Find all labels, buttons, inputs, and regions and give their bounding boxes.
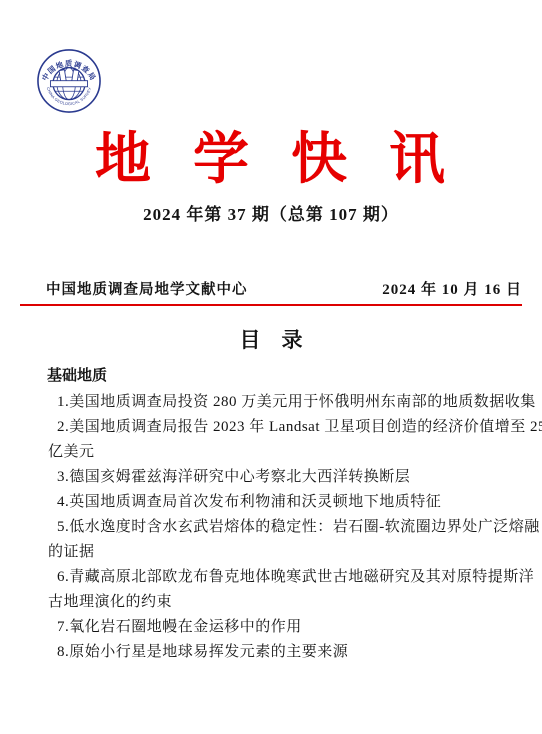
toc-section-basic-geology: 基础地质 [47, 364, 107, 385]
china-geological-survey-logo-icon: 中国地质调查局 CHINA GEOLOGICAL SURVEY [37, 49, 101, 113]
toc-item-6: 6.青藏高原北部欧龙布鲁克地体晚寒武世古地磁研究及其对原特提斯洋 古地理演化的约… [48, 565, 526, 615]
toc-item-2: 2.美国地质调查局报告 2023 年 Landsat 卫星项目创造的经济价值增至… [48, 415, 526, 465]
publisher-name: 中国地质调查局地学文献中心 [20, 278, 248, 299]
toc-list: 1.美国地质调查局投资 280 万美元用于怀俄明州东南部的地质数据收集 2.美国… [48, 390, 526, 665]
toc-item-1: 1.美国地质调查局投资 280 万美元用于怀俄明州东南部的地质数据收集 [48, 390, 526, 415]
issue-date: 2024 年 10 月 16 日 [382, 278, 522, 299]
toc-item-3: 3.德国亥姆霍兹海洋研究中心考察北大西洋转换断层 [48, 465, 526, 490]
bulletin-title: 地 学 快 讯 [0, 126, 542, 194]
toc-item-5: 5.低水逸度时含水玄武岩熔体的稳定性：岩石圈-软流圈边界处广泛熔融 的证据 [48, 515, 526, 565]
publisher-date-row: 中国地质调查局地学文献中心 2024 年 10 月 16 日 [20, 278, 522, 299]
red-divider-rule [20, 304, 522, 306]
bulletin-cover-page: 中国地质调查局 CHINA GEOLOGICAL SURVEY 地 学 快 讯 … [0, 0, 542, 734]
cgs-emblem-svg: 中国地质调查局 CHINA GEOLOGICAL SURVEY [37, 49, 101, 113]
toc-item-7: 7.氧化岩石圈地幔在金运移中的作用 [48, 615, 526, 640]
toc-item-8: 8.原始小行星是地球易挥发元素的主要来源 [48, 640, 526, 665]
toc-item-4: 4.英国地质调查局首次发布利物浦和沃灵顿地下地质特征 [48, 490, 526, 515]
toc-heading: 目 录 [0, 324, 542, 354]
issue-number: 2024 年第 37 期（总第 107 期） [0, 200, 542, 225]
